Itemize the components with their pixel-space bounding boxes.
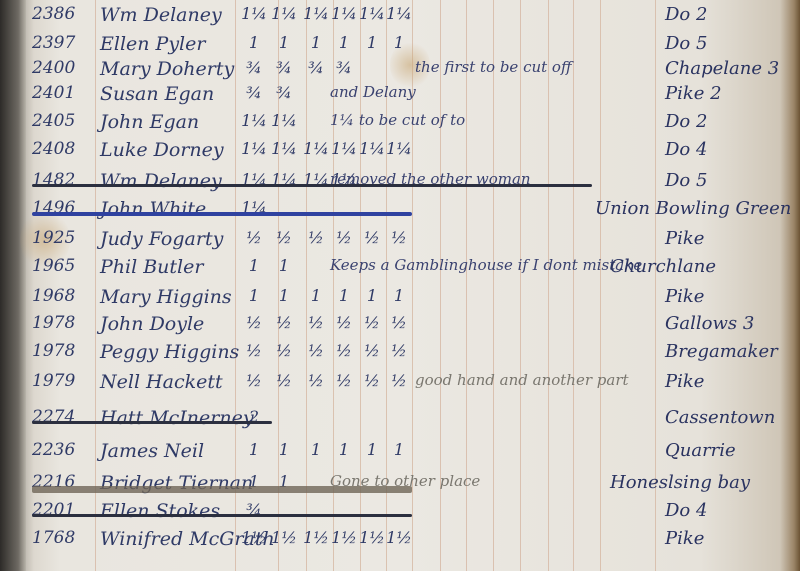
ledger-row: 1496John White1¼Union Bowling Green bbox=[0, 198, 800, 228]
entry-quantity: 1¼ bbox=[270, 111, 298, 130]
entry-quantity: 1 bbox=[330, 33, 358, 52]
entry-name: Wm Delaney bbox=[100, 170, 222, 192]
entry-quantity: 1 bbox=[358, 33, 386, 52]
entry-number: 1482 bbox=[32, 170, 75, 190]
entry-quantity: 1¼ bbox=[358, 139, 386, 158]
entry-quantity: ½ bbox=[358, 313, 386, 332]
entry-quantity: ½ bbox=[330, 313, 358, 332]
entry-place: Chapelane 3 bbox=[665, 58, 779, 79]
entry-place: Pike bbox=[665, 286, 704, 307]
entry-name: Ellen Pyler bbox=[100, 33, 205, 55]
entry-quantity: ½ bbox=[358, 371, 386, 390]
entry-quantity: 1 bbox=[302, 33, 330, 52]
entry-place: Cassentown bbox=[665, 407, 775, 428]
entry-quantity: 1¼ bbox=[385, 139, 413, 158]
entry-number: 2274 bbox=[32, 407, 75, 427]
entry-quantity: 1½ bbox=[358, 528, 386, 547]
entry-quantity: 1¼ bbox=[240, 111, 268, 130]
entry-place: Do 2 bbox=[665, 111, 707, 132]
entry-number: 2408 bbox=[32, 139, 75, 159]
strikethrough-line bbox=[32, 486, 412, 493]
entry-place: Do 5 bbox=[665, 33, 707, 54]
entry-quantity: ½ bbox=[330, 228, 358, 247]
entry-number: 2400 bbox=[32, 58, 75, 78]
ledger-row: 1979Nell Hackett½½½½½½good hand and anot… bbox=[0, 371, 800, 401]
strikethrough-line bbox=[32, 212, 412, 216]
entry-quantity: ¾ bbox=[270, 83, 298, 102]
entry-place: Pike 2 bbox=[665, 83, 722, 104]
entry-name: James Neil bbox=[100, 440, 204, 462]
strikethrough-line bbox=[32, 184, 592, 187]
entry-name: Nell Hackett bbox=[100, 371, 223, 393]
entry-place: Do 4 bbox=[665, 139, 707, 160]
entry-quantity: ½ bbox=[270, 313, 298, 332]
entry-quantity: 1 bbox=[270, 440, 298, 459]
entry-quantity: 1¼ bbox=[330, 139, 358, 158]
ledger-row: 2386Wm Delaney1¼1¼1¼1¼1¼1¼Do 2 bbox=[0, 4, 800, 34]
entry-quantity: ½ bbox=[302, 371, 330, 390]
entry-quantity: 1¼ bbox=[358, 4, 386, 23]
entry-place: Do 2 bbox=[665, 4, 707, 25]
entry-quantity: 1 bbox=[385, 33, 413, 52]
entry-name: John Egan bbox=[100, 111, 199, 133]
ledger-row: 1482Wm Delaney1¼1¼1¼1¼removed the other … bbox=[0, 170, 800, 200]
entry-quantity: ½ bbox=[270, 371, 298, 390]
entry-quantity: ½ bbox=[385, 341, 413, 360]
entry-number: 2397 bbox=[32, 33, 75, 53]
ledger-page: 2386Wm Delaney1¼1¼1¼1¼1¼1¼Do 22397Ellen … bbox=[0, 0, 800, 571]
entry-quantity: 1 bbox=[358, 286, 386, 305]
entry-quantity: ½ bbox=[302, 341, 330, 360]
entry-quantity: ¾ bbox=[302, 58, 330, 77]
entry-number: 1925 bbox=[32, 228, 75, 248]
entry-quantity: 1½ bbox=[270, 528, 298, 547]
entry-quantity: 1 bbox=[385, 286, 413, 305]
entry-quantity: 1 bbox=[270, 33, 298, 52]
entry-place: Do 5 bbox=[665, 170, 707, 191]
entry-note: 1¼ to be cut of to bbox=[330, 111, 465, 129]
entry-quantity: 1 bbox=[240, 440, 268, 459]
ledger-row: 1925Judy Fogarty½½½½½½Pike bbox=[0, 228, 800, 258]
entry-quantity: ½ bbox=[240, 341, 268, 360]
entry-note: and Delany bbox=[330, 83, 416, 101]
entry-number: 1965 bbox=[32, 256, 75, 276]
ledger-row: 2216Bridget Tiernan11Gone to other place… bbox=[0, 472, 800, 502]
entry-quantity: ½ bbox=[302, 228, 330, 247]
entry-name: Mary Higgins bbox=[100, 286, 232, 308]
entry-quantity: ¾ bbox=[240, 83, 268, 102]
entry-quantity: 1 bbox=[358, 440, 386, 459]
entry-quantity: 1¼ bbox=[302, 4, 330, 23]
entry-name: John Doyle bbox=[100, 313, 204, 335]
entry-number: 2236 bbox=[32, 440, 75, 460]
ledger-row: 1768Winifred McGrath1½1½1½1½1½1½Pike bbox=[0, 528, 800, 558]
strikethrough-line bbox=[32, 514, 412, 517]
entry-quantity: 1½ bbox=[240, 528, 268, 547]
entry-quantity: ½ bbox=[240, 228, 268, 247]
entry-place: Do 4 bbox=[665, 500, 707, 521]
entry-note: the first to be cut off bbox=[415, 58, 572, 76]
entry-name: Mary Doherty bbox=[100, 58, 234, 80]
entry-name: Susan Egan bbox=[100, 83, 214, 105]
entry-quantity: ½ bbox=[385, 228, 413, 247]
entry-quantity: 1¼ bbox=[270, 139, 298, 158]
entry-number: 2201 bbox=[32, 500, 75, 520]
entry-quantity: ½ bbox=[270, 228, 298, 247]
entry-place: Pike bbox=[665, 371, 704, 392]
entry-quantity: 1¼ bbox=[385, 4, 413, 23]
entry-quantity: 1 bbox=[270, 256, 298, 275]
entry-name: Ellen Stokes bbox=[100, 500, 220, 522]
entry-quantity: 1¼ bbox=[302, 139, 330, 158]
entry-name: Hatt McInerney bbox=[100, 407, 254, 429]
entry-number: 2386 bbox=[32, 4, 75, 24]
entry-quantity: ½ bbox=[270, 341, 298, 360]
ledger-row: 2236James Neil111111Quarrie bbox=[0, 440, 800, 470]
entry-number: 1978 bbox=[32, 313, 75, 333]
entry-quantity: ½ bbox=[302, 313, 330, 332]
entry-quantity: ½ bbox=[385, 313, 413, 332]
entry-quantity: ½ bbox=[330, 341, 358, 360]
entry-quantity: ¾ bbox=[270, 58, 298, 77]
entry-quantity: ½ bbox=[385, 371, 413, 390]
entry-quantity: 1½ bbox=[385, 528, 413, 547]
entry-place: Honeslsing bay bbox=[610, 472, 750, 493]
entry-note: Keeps a Gamblinghouse if I dont mistake bbox=[330, 256, 642, 274]
entry-quantity: 1¼ bbox=[270, 4, 298, 23]
ledger-row: 1978John Doyle½½½½½½Gallows 3 bbox=[0, 313, 800, 343]
ledger-row: 1965Phil Butler11Keeps a Gamblinghouse i… bbox=[0, 256, 800, 286]
entry-quantity: ½ bbox=[240, 371, 268, 390]
entry-quantity: ½ bbox=[330, 371, 358, 390]
ledger-row: 2274Hatt McInerney2Cassentown bbox=[0, 407, 800, 437]
entry-quantity: ¾ bbox=[330, 58, 358, 77]
entry-place: Churchlane bbox=[610, 256, 716, 277]
ledger-row: 2405John Egan1¼1¼1¼ to be cut of toDo 2 bbox=[0, 111, 800, 141]
entry-quantity: 1 bbox=[302, 440, 330, 459]
entry-name: Wm Delaney bbox=[100, 4, 222, 26]
entry-name: Phil Butler bbox=[100, 256, 203, 278]
entry-place: Pike bbox=[665, 528, 704, 549]
entry-quantity: 1 bbox=[385, 440, 413, 459]
entry-name: Luke Dorney bbox=[100, 139, 224, 161]
entry-name: John White bbox=[100, 198, 206, 220]
entry-number: 2401 bbox=[32, 83, 75, 103]
entry-number: 1979 bbox=[32, 371, 75, 391]
entry-note: good hand and another part bbox=[415, 371, 629, 389]
entry-quantity: 1 bbox=[240, 286, 268, 305]
strikethrough-line bbox=[32, 421, 272, 424]
entry-number: 2405 bbox=[32, 111, 75, 131]
entry-name: Peggy Higgins bbox=[100, 341, 239, 363]
entry-quantity: 1¼ bbox=[330, 4, 358, 23]
entry-name: Judy Fogarty bbox=[100, 228, 223, 250]
entry-quantity: 1 bbox=[240, 33, 268, 52]
entry-quantity: ½ bbox=[358, 341, 386, 360]
ledger-row: 2408Luke Dorney1¼1¼1¼1¼1¼1¼Do 4 bbox=[0, 139, 800, 169]
entry-quantity: 1 bbox=[330, 440, 358, 459]
entry-quantity: ½ bbox=[358, 228, 386, 247]
entry-quantity: 1¼ bbox=[240, 139, 268, 158]
entry-quantity: 1 bbox=[270, 286, 298, 305]
entry-place: Union Bowling Green bbox=[595, 198, 791, 219]
ledger-row: 2401Susan Egan¾¾and DelanyPike 2 bbox=[0, 83, 800, 113]
entry-place: Quarrie bbox=[665, 440, 736, 461]
entry-quantity: 1 bbox=[240, 256, 268, 275]
ledger-row: 1978Peggy Higgins½½½½½½Bregamaker bbox=[0, 341, 800, 371]
entry-quantity: 1½ bbox=[302, 528, 330, 547]
entry-quantity: 1¼ bbox=[240, 4, 268, 23]
entry-place: Pike bbox=[665, 228, 704, 249]
entry-number: 1978 bbox=[32, 341, 75, 361]
entry-quantity: 1 bbox=[302, 286, 330, 305]
entry-place: Gallows 3 bbox=[665, 313, 754, 334]
entry-quantity: ¾ bbox=[240, 58, 268, 77]
entry-quantity: ½ bbox=[240, 313, 268, 332]
ledger-row: 2201Ellen Stokes¾Do 4 bbox=[0, 500, 800, 530]
entry-number: 1768 bbox=[32, 528, 75, 548]
entry-number: 1968 bbox=[32, 286, 75, 306]
entry-place: Bregamaker bbox=[665, 341, 778, 362]
entry-quantity: 1 bbox=[330, 286, 358, 305]
ledger-row: 1968Mary Higgins111111Pike bbox=[0, 286, 800, 316]
entry-quantity: 1½ bbox=[330, 528, 358, 547]
